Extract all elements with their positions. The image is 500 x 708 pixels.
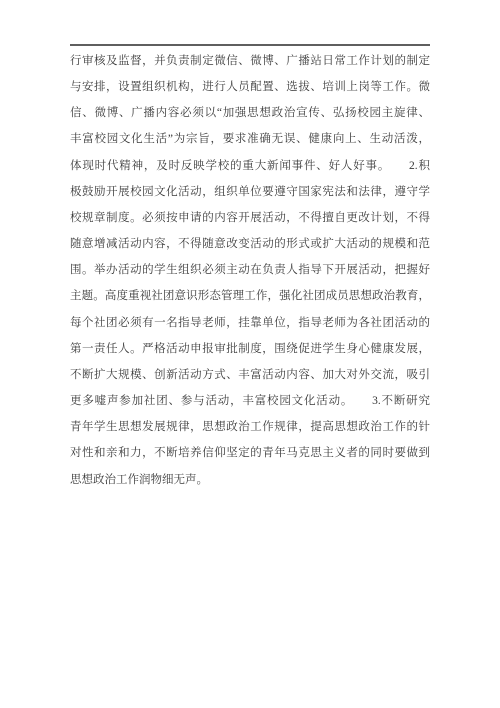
text-line: 对性和亲和力，不断培养信仰坚定的青年马克思主义者的同时要做到 bbox=[70, 440, 430, 466]
text-line: 随意增减活动内容，不得随意改变活动的形式或扩大活动的规模和范 bbox=[70, 231, 430, 257]
text-line: 信、微博、广播内容必须以“加强思想政治宣传、弘扬校园主旋律、 bbox=[70, 100, 430, 126]
text-line: 不断扩大规模、创新活动方式、丰富活动内容、加大对外交流，吸引 bbox=[70, 362, 430, 388]
text-line: 与安排，设置组织机构，进行人员配置、选拔、培训上岗等工作。微 bbox=[70, 74, 430, 100]
text-line: 思想政治工作润物细无声。 bbox=[70, 467, 430, 493]
text-line: 第一责任人。严格活动申报审批制度，围绕促进学生身心健康发展， bbox=[70, 336, 430, 362]
text-line: 每个社团必须有一名指导老师，挂靠单位，指导老师为各社团活动的 bbox=[70, 310, 430, 336]
text-line: 丰富校园文化生活”为宗旨，要求准确无误、健康向上、生动活泼， bbox=[70, 126, 430, 152]
text-line: 更多嘘声参加社团、参与活动，丰富校园文化活动。 3.不断研究 bbox=[70, 388, 430, 414]
text-line: 体现时代精神，及时反映学校的重大新闻事件、好人好事。 2.积 bbox=[70, 153, 430, 179]
text-line: 行审核及监督，并负责制定微信、微博、广播站日常工作计划的制定 bbox=[70, 48, 430, 74]
document-page: 行审核及监督，并负责制定微信、微博、广播站日常工作计划的制定 与安排，设置组织机… bbox=[0, 0, 500, 708]
text-line: 极鼓励开展校园文化活动，组织单位要遵守国家宪法和法律，遵守学 bbox=[70, 179, 430, 205]
page-top-rule bbox=[70, 44, 430, 46]
text-line: 围。举办活动的学生组织必须主动在负责人指导下开展活动，把握好 bbox=[70, 257, 430, 283]
text-line: 青年学生思想发展规律，思想政治工作规律，提高思想政治工作的针 bbox=[70, 414, 430, 440]
body-text: 行审核及监督，并负责制定微信、微博、广播站日常工作计划的制定 与安排，设置组织机… bbox=[70, 48, 430, 493]
text-line: 主题。高度重视社团意识形态管理工作，强化社团成员思想政治教育， bbox=[70, 283, 430, 309]
text-line: 校规章制度。必须按申请的内容开展活动，不得擅自更改计划，不得 bbox=[70, 205, 430, 231]
